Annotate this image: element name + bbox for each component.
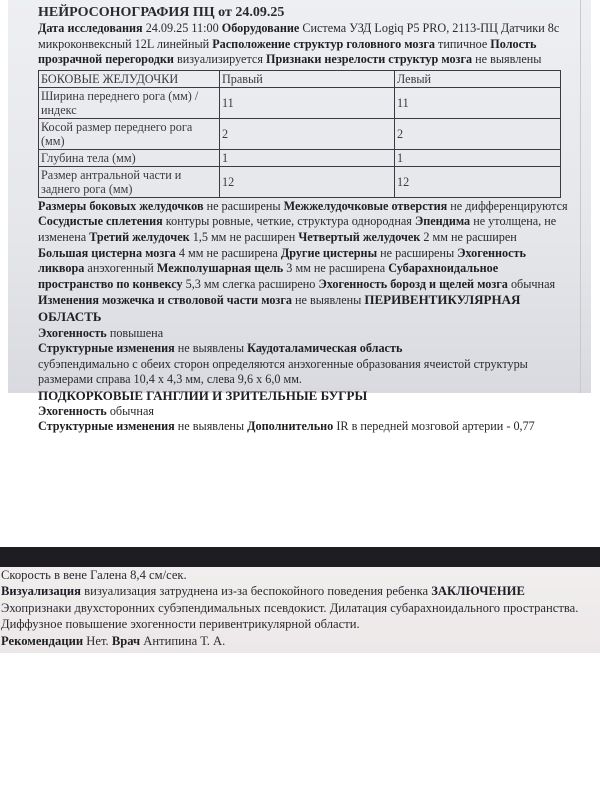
value-brain-structures: типичное (435, 37, 490, 51)
finding-value: не расширены (204, 199, 284, 213)
dark-band (0, 547, 600, 567)
value-additional: IR в передней мозговой артерии - 0,77 (333, 419, 535, 433)
table-header: Левый (395, 70, 561, 87)
table-cell: 12 (395, 166, 561, 197)
label-additional: Дополнительно (247, 419, 333, 433)
finding-value: 3 мм не расширена (283, 261, 388, 275)
finding-label: Эхогенность борозд и щелей мозга (318, 277, 507, 291)
value-visualization: визуализация затруднена из-за беспокойно… (81, 584, 431, 598)
section-heading-subcortical: ПОДКОРКОВЫЕ ГАНГЛИИ И ЗРИТЕЛЬНЫЕ БУГРЫ (38, 388, 367, 403)
value-structural-changes: не выявлены (175, 341, 247, 355)
label-echogenicity: Эхогенность (38, 326, 107, 340)
galen-vein-velocity: Скорость в вене Галена 8,4 см/сек. (1, 567, 596, 583)
finding-label: Другие цистерны (281, 246, 377, 260)
table-cell: 11 (220, 87, 395, 118)
finding-value: 4 мм не расширена (176, 246, 281, 260)
finding-label: Сосудистые сплетения (38, 214, 163, 228)
table-cell: Косой размер переднего рога (мм) (39, 118, 220, 149)
table-cell: Ширина переднего рога (мм) /индекс (39, 87, 220, 118)
paper-edge (580, 0, 581, 393)
label-immaturity: Признаки незрелости структур мозга (266, 52, 472, 66)
report-title: НЕЙРОСОНОГРАФИЯ ПЦ от 24.09.25 (38, 4, 568, 21)
finding-label: Четвертый желудочек (298, 230, 420, 244)
table-cell: Размер антральной части и заднего рога (… (39, 166, 220, 197)
findings-paragraph: Размеры боковых желудочков не расширены … (38, 199, 568, 326)
conclusion-paragraph: Визуализация визуализация затруднена из-… (1, 583, 596, 632)
table-cell: 12 (220, 166, 395, 197)
table-cell: Глубина тела (мм) (39, 149, 220, 166)
label-doctor: Врач (112, 634, 140, 648)
value-echogenicity: обычная (107, 404, 154, 418)
table-cell: 2 (220, 118, 395, 149)
label-echogenicity: Эхогенность (38, 404, 107, 418)
report-photo-bottom: Скорость в вене Галена 8,4 см/сек. Визуа… (0, 567, 600, 653)
table-header: Правый (220, 70, 395, 87)
table-header: БОКОВЫЕ ЖЕЛУДОЧКИ (39, 70, 220, 87)
finding-value: не дифференцируются (447, 199, 567, 213)
table-cell: 2 (395, 118, 561, 149)
label-caudothalamic: Каудоталамическая область (247, 341, 402, 355)
label-conclusion: ЗАКЛЮЧЕНИЕ (431, 584, 525, 598)
finding-value: контуры ровные, четкие, структура одноро… (163, 214, 415, 228)
table-row: Размер антральной части и заднего рога (… (39, 166, 561, 197)
report-continuation: Скорость в вене Галена 8,4 см/сек. Визуа… (1, 567, 596, 649)
finding-value: обычная (508, 277, 555, 291)
value-recommendations: Нет. (83, 634, 112, 648)
recommendations-row: Рекомендации Нет. Врач Антипина Т. А. (1, 633, 596, 649)
value-immaturity: не выявлены (472, 52, 541, 66)
finding-label: Межполушарная щель (157, 261, 283, 275)
label-brain-structures: Расположение структур головного мозга (212, 37, 435, 51)
finding-label: Третий желудочек (89, 230, 189, 244)
value-conclusion: Эхопризнаки двухсторонних субэпендимальн… (1, 601, 578, 631)
label-recommendations: Рекомендации (1, 634, 83, 648)
subcortical-structural: Структурные изменения не выявлены Дополн… (38, 419, 568, 435)
table-cell: 1 (395, 149, 561, 166)
label-exam-date: Дата исследования (38, 21, 143, 35)
table-row: Косой размер переднего рога (мм) 2 2 (39, 118, 561, 149)
label-visualization: Визуализация (1, 584, 81, 598)
subcortical-echogenicity: Эхогенность обычная (38, 404, 568, 420)
value-echogenicity: повышена (107, 326, 163, 340)
finding-value: не выявлены (292, 293, 364, 307)
lateral-ventricles-table: БОКОВЫЕ ЖЕЛУДОЧКИ Правый Левый Ширина пе… (38, 70, 561, 198)
value-structural-changes: не выявлены (175, 419, 247, 433)
value-exam-date: 24.09.25 11:00 (143, 21, 222, 35)
table-row: Ширина переднего рога (мм) /индекс 11 11 (39, 87, 561, 118)
intro-paragraph: Дата исследования 24.09.25 11:00 Оборудо… (38, 21, 568, 68)
finding-label: Изменения мозжечка и стволовой части моз… (38, 293, 292, 307)
caudothalamic-text: субэпендимально с обеих сторон определяю… (38, 357, 568, 388)
finding-value: 1,5 мм не расширен (190, 230, 299, 244)
finding-value: анэхогенный (84, 261, 157, 275)
value-septum-cavity: визуализируется (174, 52, 266, 66)
finding-label: Размеры боковых желудочков (38, 199, 204, 213)
periventricular-structural: Структурные изменения не выявлены Каудот… (38, 341, 568, 357)
table-header-row: БОКОВЫЕ ЖЕЛУДОЧКИ Правый Левый (39, 70, 561, 87)
finding-label: Большая цистерна мозга (38, 246, 176, 260)
table-cell: 11 (395, 87, 561, 118)
label-equipment: Оборудование (222, 21, 300, 35)
value-doctor: Антипина Т. А. (140, 634, 225, 648)
report-document: НЕЙРОСОНОГРАФИЯ ПЦ от 24.09.25 Дата иссл… (38, 4, 568, 435)
subcortical-heading-row: ПОДКОРКОВЫЕ ГАНГЛИИ И ЗРИТЕЛЬНЫЕ БУГРЫ (38, 388, 568, 404)
table-cell: 1 (220, 149, 395, 166)
table-row: Глубина тела (мм) 1 1 (39, 149, 561, 166)
finding-value: не расширены (377, 246, 457, 260)
finding-label: Межжелудочковые отверстия (284, 199, 448, 213)
periventricular-echogenicity: Эхогенность повышена (38, 326, 568, 342)
finding-value: 5,3 мм слегка расширено (183, 277, 319, 291)
label-structural-changes: Структурные изменения (38, 419, 175, 433)
finding-value: 2 мм не расширен (420, 230, 516, 244)
label-structural-changes: Структурные изменения (38, 341, 175, 355)
finding-label: Эпендима (415, 214, 470, 228)
